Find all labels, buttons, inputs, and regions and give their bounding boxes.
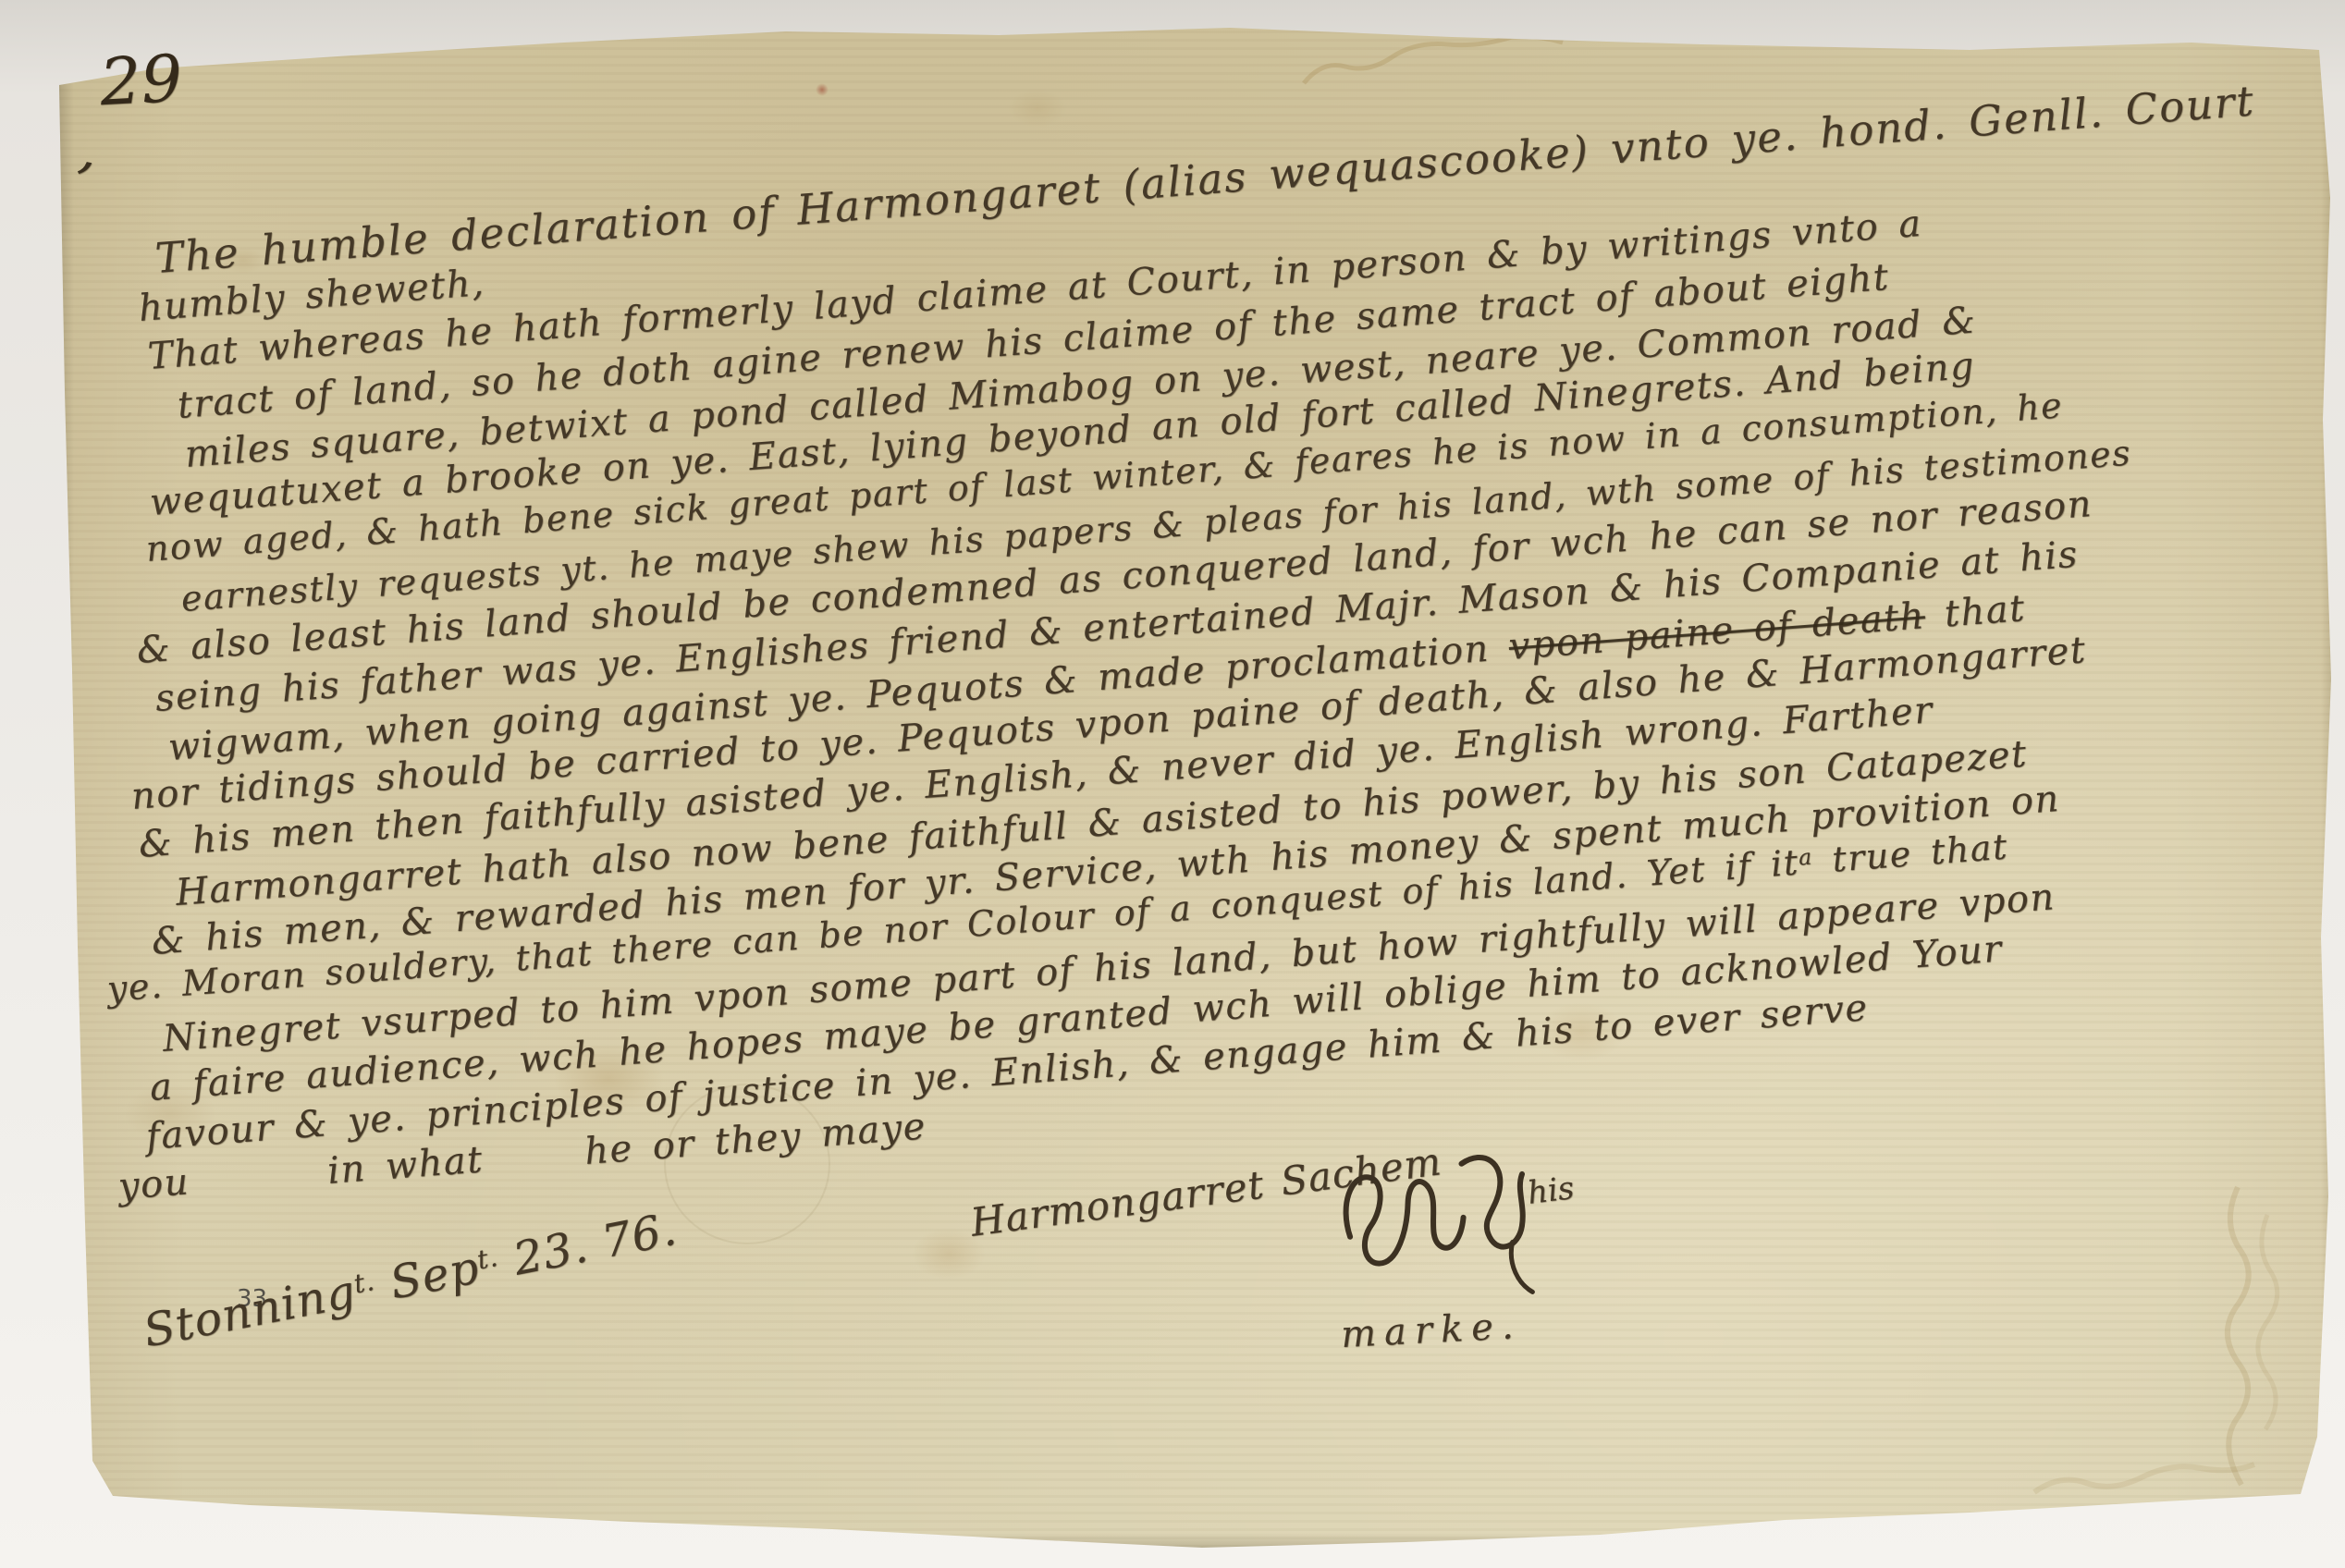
folio-number: 29 [98,41,184,121]
stain [816,83,829,96]
paper-edge-shadow-bottom [46,1533,2334,1553]
bleed-through-marks-bottom-right [2025,1437,2265,1520]
sachem-mark-icon [1320,1129,1552,1335]
line-text: that [1923,587,2027,637]
stain [1008,89,1067,128]
scanned-manuscript-page: { "page": { "folio_number": "29", "small… [0,0,2345,1568]
signature-his-label: his [1526,1170,1577,1212]
paper-edge-shadow-left [46,22,74,1553]
bleed-through-marks-top [1295,28,1572,111]
line-text: you [117,1160,190,1208]
paper-edge-shadow-right [2321,22,2334,1553]
bleed-through-marks-right [2182,1178,2293,1529]
